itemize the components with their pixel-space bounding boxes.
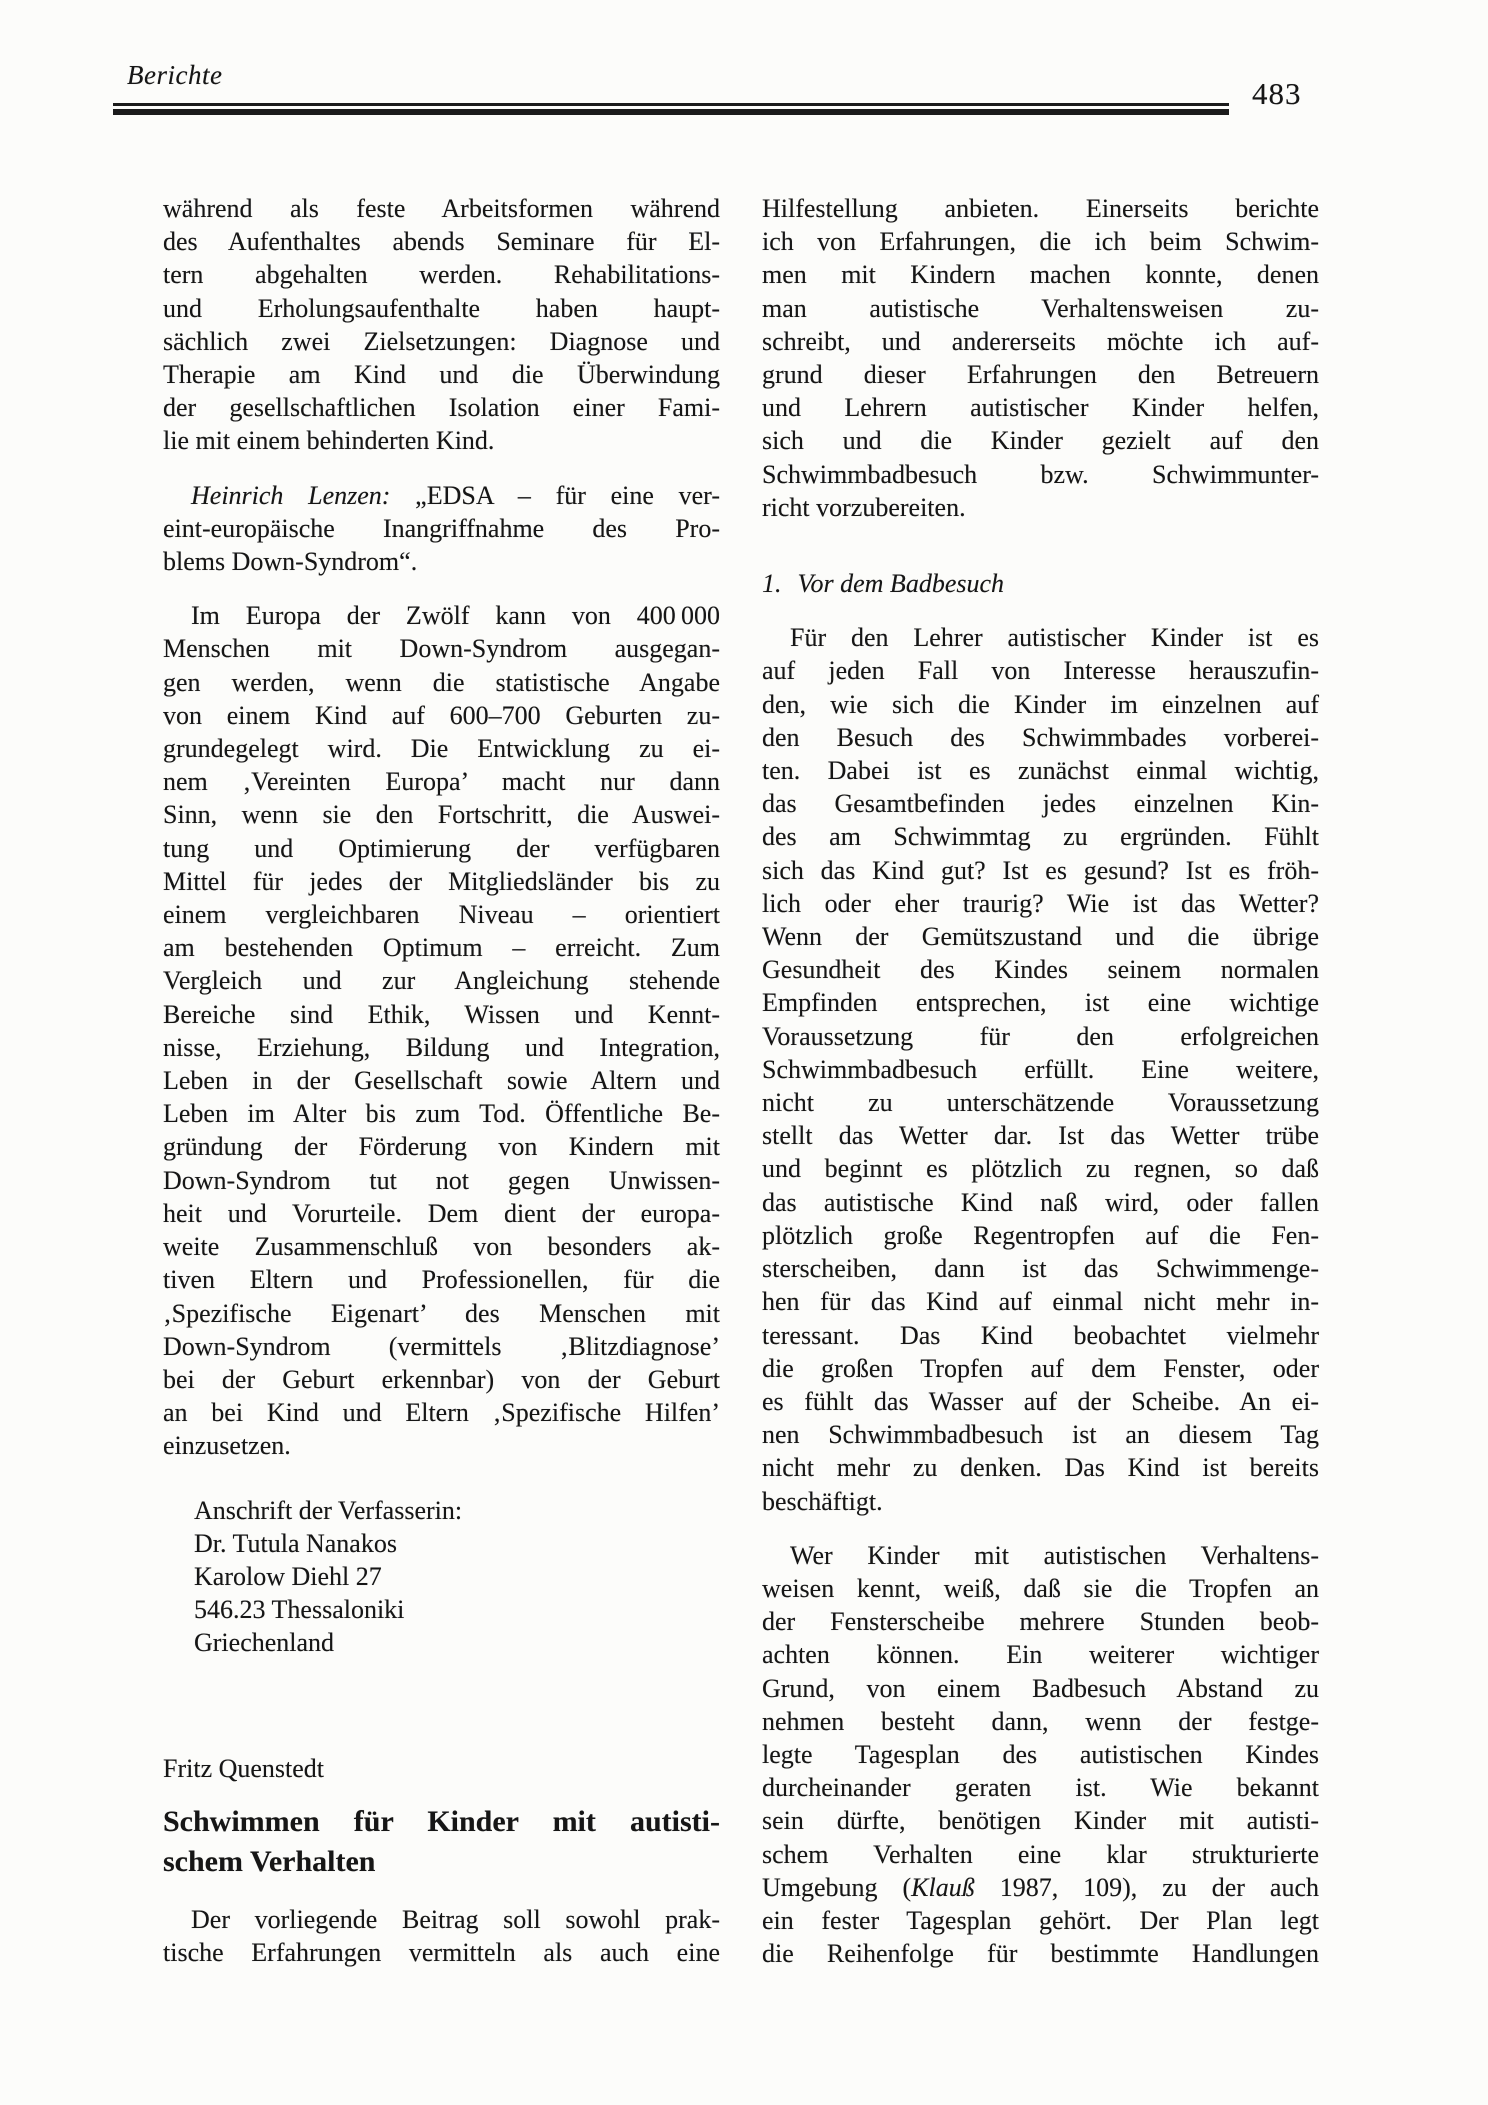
text-segment: tung und Optimierung der verfügbaren	[163, 834, 720, 863]
text-segment: der gesellschaftlichen Isolation einer F…	[163, 393, 720, 422]
text-line: nen Schwimmbadbesuch ist an diesem Tag	[762, 1418, 1319, 1451]
text-line: Leben im Alter bis zum Tod. Öffentliche …	[163, 1097, 720, 1130]
text-line: auf jeden Fall von Interesse herauszufin…	[762, 654, 1319, 687]
text-line: tische Erfahrungen vermitteln als auch e…	[163, 1936, 720, 1969]
text-line: und Lehrern autistischer Kinder helfen,	[762, 391, 1319, 424]
text-segment: Schwimmbadbesuch erfüllt. Eine weitere,	[762, 1055, 1319, 1084]
text-segment: sächlich zwei Zielsetzungen: Diagnose un…	[163, 327, 720, 356]
text-line: das autistische Kind naß wird, oder fall…	[762, 1186, 1319, 1219]
text-line: Gesundheit des Kindes seinem normalen	[762, 953, 1319, 986]
text-line: richt vorzubereiten.	[762, 491, 1319, 524]
text-line: stellt das Wetter dar. Ist das Wetter tr…	[762, 1119, 1319, 1152]
text-line: lie mit einem behinderten Kind.	[163, 424, 720, 457]
text-segment: Griechenland	[194, 1628, 334, 1657]
text-segment: grund dieser Erfahrungen den Betreuern	[762, 360, 1319, 389]
text-line: eint-europäische Inangriffnahme des Pro-	[163, 512, 720, 545]
text-line: Wer Kinder mit autistischen Verhaltens-	[762, 1539, 1319, 1572]
text-line: den Besuch des Schwimmbades vorberei-	[762, 721, 1319, 754]
text-segment: heit und Vorurteile. Dem dient der europ…	[163, 1199, 720, 1228]
text-segment: nem ‚Vereinten Europa’ macht nur dann	[163, 767, 720, 796]
text-segment: gründung der Förderung von Kindern mit	[163, 1132, 720, 1161]
text-segment: und beginnt es plötzlich zu regnen, so d…	[762, 1154, 1319, 1183]
text-segment: richt vorzubereiten.	[762, 493, 966, 522]
text-segment: das Gesamtbefinden jedes einzelnen Kin-	[762, 789, 1319, 818]
text-segment: Der vorliegende Beitrag soll sowohl prak…	[191, 1905, 720, 1934]
text-line: Schwimmbadbesuch bzw. Schwimmunter-	[762, 458, 1319, 491]
text-line: es fühlt das Wasser auf der Scheibe. An …	[762, 1385, 1319, 1418]
text-line: einem vergleichbaren Niveau – orientiert	[163, 898, 720, 931]
text-segment: lie mit einem behinderten Kind.	[163, 426, 494, 455]
text-segment: tiven Eltern und Professionellen, für di…	[163, 1265, 720, 1294]
text-segment: man autistische Verhaltensweisen zu-	[762, 294, 1319, 323]
text-segment: nisse, Erziehung, Bildung und Integratio…	[163, 1033, 720, 1062]
text-segment: Bereiche sind Ethik, Wissen und Kennt-	[163, 1000, 720, 1029]
text-segment: ich von Erfahrungen, die ich beim Schwim…	[762, 227, 1319, 256]
text-line: und beginnt es plötzlich zu regnen, so d…	[762, 1152, 1319, 1185]
text-line: die Reihenfolge für bestimmte Handlungen	[762, 1937, 1319, 1970]
text-segment: und Erholungsaufenthalte haben haupt-	[163, 294, 720, 323]
text-line: Mittel für jedes der Mitgliedsländer bis…	[163, 865, 720, 898]
text-segment: Down-Syndrom tut not gegen Unwissen-	[163, 1166, 720, 1195]
text-segment: eint-europäische Inangriffnahme des Pro-	[163, 514, 720, 543]
section-number: 1.	[762, 569, 782, 598]
text-segment: Gesundheit des Kindes seinem normalen	[762, 955, 1319, 984]
text-line: Down-Syndrom tut not gegen Unwissen-	[163, 1164, 720, 1197]
text-segment: tern abgehalten werden. Rehabilitations-	[163, 260, 720, 289]
author-address: Anschrift der Verfasserin:Dr. Tutula Nan…	[163, 1494, 720, 1660]
article-title: Schwimmen für Kinder mit autisti-schem V…	[163, 1802, 720, 1882]
text-line: legte Tagesplan des autistischen Kindes	[762, 1738, 1319, 1771]
text-line: gründung der Förderung von Kindern mit	[163, 1130, 720, 1163]
text-segment: gen werden, wenn die statistische Angabe	[163, 668, 720, 697]
text-segment: der Fensterscheibe mehrere Stunden beob-	[762, 1607, 1319, 1636]
text-segment: und Lehrern autistischer Kinder helfen,	[762, 393, 1319, 422]
text-segment: ‚Spezifische Eigenart’ des Menschen mit	[163, 1299, 720, 1328]
text-segment: Down-Syndrom (vermittels ‚Blitzdiagnose’	[163, 1332, 720, 1361]
text-segment: men mit Kindern machen konnte, denen	[762, 260, 1319, 289]
text-segment: des am Schwimmtag zu ergründen. Fühlt	[762, 822, 1319, 851]
text-segment: 1987, 109), zu der auch	[975, 1873, 1319, 1902]
text-line: Karolow Diehl 27	[194, 1560, 720, 1593]
text-segment: stellt das Wetter dar. Ist das Wetter tr…	[762, 1121, 1319, 1150]
text-line: ein fester Tagesplan gehört. Der Plan le…	[762, 1904, 1319, 1937]
text-line: nicht mehr zu denken. Das Kind ist berei…	[762, 1451, 1319, 1484]
text-line: sich und die Kinder gezielt auf den	[762, 424, 1319, 457]
running-head: Berichte	[127, 60, 222, 91]
text-segment: die großen Tropfen auf dem Fenster, oder	[762, 1354, 1319, 1383]
text-segment: Leben in der Gesellschaft sowie Altern u…	[163, 1066, 720, 1095]
text-line: teressant. Das Kind beobachtet vielmehr	[762, 1319, 1319, 1352]
text-segment: den Besuch des Schwimmbades vorberei-	[762, 723, 1319, 752]
text-segment: Leben im Alter bis zum Tod. Öffentliche …	[163, 1099, 720, 1128]
page-number: 483	[1252, 76, 1302, 112]
text-line: plötzlich große Regentropfen auf die Fen…	[762, 1219, 1319, 1252]
paragraph: Für den Lehrer autistischer Kinder ist e…	[762, 621, 1319, 1517]
text-segment: schreibt, und andererseits möchte ich au…	[762, 327, 1319, 356]
text-line: Für den Lehrer autistischer Kinder ist e…	[762, 621, 1319, 654]
text-line: Griechenland	[194, 1626, 720, 1659]
text-line: an bei Kind und Eltern ‚Spezifische Hilf…	[163, 1396, 720, 1429]
text-segment: am bestehenden Optimum – erreicht. Zum	[163, 933, 720, 962]
text-line: durcheinander geraten ist. Wie bekannt	[762, 1771, 1319, 1804]
text-line: den, wie sich die Kinder im einzelnen au…	[762, 688, 1319, 721]
text-line: tern abgehalten werden. Rehabilitations-	[163, 258, 720, 291]
text-line: weite Zusammenschluß von besonders ak-	[163, 1230, 720, 1263]
text-segment: Voraussetzung für den erfolgreichen	[762, 1022, 1319, 1051]
right-column: Hilfestellung anbieten. Einerseits beric…	[762, 192, 1319, 1970]
text-line: schreibt, und andererseits möchte ich au…	[762, 325, 1319, 358]
text-line: heit und Vorurteile. Dem dient der europ…	[163, 1197, 720, 1230]
text-line: Schwimmbadbesuch erfüllt. Eine weitere,	[762, 1053, 1319, 1086]
text-line: der gesellschaftlichen Isolation einer F…	[163, 391, 720, 424]
text-segment: plötzlich große Regentropfen auf die Fen…	[762, 1221, 1319, 1250]
paragraph: Hilfestellung anbieten. Einerseits beric…	[762, 192, 1319, 524]
text-segment: lich oder eher traurig? Wie ist das Wett…	[762, 889, 1319, 918]
text-segment: Umgebung (	[762, 1873, 911, 1902]
text-segment: Hilfestellung anbieten. Einerseits beric…	[762, 194, 1319, 223]
text-segment: Im Europa der Zwölf kann von 400 000	[191, 601, 720, 630]
text-segment: Wer Kinder mit autistischen Verhaltens-	[790, 1541, 1319, 1570]
text-line: gen werden, wenn die statistische Angabe	[163, 666, 720, 699]
text-segment: legte Tagesplan des autistischen Kindes	[762, 1740, 1319, 1769]
text-segment: Menschen mit Down-Syndrom ausgegan-	[163, 634, 720, 663]
text-line: Der vorliegende Beitrag soll sowohl prak…	[163, 1903, 720, 1936]
text-segment: sich und die Kinder gezielt auf den	[762, 426, 1319, 455]
text-line: nem ‚Vereinten Europa’ macht nur dann	[163, 765, 720, 798]
text-line: und Erholungsaufenthalte haben haupt-	[163, 292, 720, 325]
text-segment: das autistische Kind naß wird, oder fall…	[762, 1188, 1319, 1217]
text-segment: Für den Lehrer autistischer Kinder ist e…	[790, 623, 1319, 652]
text-line: Vergleich und zur Angleichung stehende	[163, 964, 720, 997]
scanned-journal-page: Berichte 483 während als feste Arbeitsfo…	[0, 0, 1488, 2105]
text-line: Sinn, wenn sie den Fortschritt, die Ausw…	[163, 798, 720, 831]
author-name: Fritz Quenstedt	[163, 1752, 720, 1785]
text-line: Bereiche sind Ethik, Wissen und Kennt-	[163, 998, 720, 1031]
text-segment: weite Zusammenschluß von besonders ak-	[163, 1232, 720, 1261]
text-segment: schem Verhalten	[163, 1845, 376, 1878]
text-segment: beschäftigt.	[762, 1487, 883, 1516]
text-segment: weisen kennt, weiß, daß sie die Tropfen …	[762, 1574, 1319, 1603]
text-line: Umgebung (Klauß 1987, 109), zu der auch	[762, 1871, 1319, 1904]
text-line: nehmen besteht dann, wenn der festge-	[762, 1705, 1319, 1738]
text-line: während als feste Arbeitsformen während	[163, 192, 720, 225]
text-segment: Mittel für jedes der Mitgliedsländer bis…	[163, 867, 720, 896]
text-segment: teressant. Das Kind beobachtet vielmehr	[762, 1321, 1319, 1350]
text-line: achten können. Ein weiterer wichtiger	[762, 1638, 1319, 1671]
text-segment: achten können. Ein weiterer wichtiger	[762, 1640, 1319, 1669]
header-rule	[113, 103, 1229, 115]
text-segment: Empfinden entsprechen, ist eine wichtige	[762, 988, 1319, 1017]
text-segment: schem Verhalten eine klar strukturierte	[762, 1840, 1319, 1869]
paragraph: Im Europa der Zwölf kann von 400 000Mens…	[163, 599, 720, 1462]
text-line: nicht zu unterschätzende Voraussetzung	[762, 1086, 1319, 1119]
text-line: Hilfestellung anbieten. Einerseits beric…	[762, 192, 1319, 225]
text-line: grundegelegt wird. Die Entwicklung zu ei…	[163, 732, 720, 765]
text-segment: von einem Kind auf 600–700 Geburten zu-	[163, 701, 720, 730]
text-line: sein dürfte, benötigen Kinder mit autist…	[762, 1804, 1319, 1837]
text-line: das Gesamtbefinden jedes einzelnen Kin-	[762, 787, 1319, 820]
text-line: sächlich zwei Zielsetzungen: Diagnose un…	[163, 325, 720, 358]
text-line: 546.23 Thessaloniki	[194, 1593, 720, 1626]
text-line: sich das Kind gut? Ist es gesund? Ist es…	[762, 854, 1319, 887]
text-segment: sterscheiben, dann ist das Schwimmenge-	[762, 1254, 1319, 1283]
text-line: tiven Eltern und Professionellen, für di…	[163, 1263, 720, 1296]
text-line: der Fensterscheibe mehrere Stunden beob-	[762, 1605, 1319, 1638]
text-line: Leben in der Gesellschaft sowie Altern u…	[163, 1064, 720, 1097]
text-segment: Schwimmen für Kinder mit autisti-	[163, 1805, 720, 1838]
text-segment: Therapie am Kind und die Überwindung	[163, 360, 720, 389]
text-line: sterscheiben, dann ist das Schwimmenge-	[762, 1252, 1319, 1285]
paragraph: Wer Kinder mit autistischen Verhaltens-w…	[762, 1539, 1319, 1971]
text-line: des am Schwimmtag zu ergründen. Fühlt	[762, 820, 1319, 853]
text-line: ‚Spezifische Eigenart’ des Menschen mit	[163, 1297, 720, 1330]
text-segment: während als feste Arbeitsformen während	[163, 194, 720, 223]
paragraph: Der vorliegende Beitrag soll sowohl prak…	[163, 1903, 720, 1969]
section-heading: 1.Vor dem Badbesuch	[762, 567, 1319, 600]
text-line: weisen kennt, weiß, daß sie die Tropfen …	[762, 1572, 1319, 1605]
text-segment: einem vergleichbaren Niveau – orientiert	[163, 900, 720, 929]
text-line: Heinrich Lenzen: „EDSA – für eine ver-	[163, 479, 720, 512]
paragraph: Heinrich Lenzen: „EDSA – für eine ver-ei…	[163, 479, 720, 579]
text-segment: die Reihenfolge für bestimmte Handlungen	[762, 1939, 1319, 1968]
text-segment: sich das Kind gut? Ist es gesund? Ist es…	[762, 856, 1319, 885]
text-line: Anschrift der Verfasserin:	[194, 1494, 720, 1527]
text-segment: Vergleich und zur Angleichung stehende	[163, 966, 720, 995]
text-line: men mit Kindern machen konnte, denen	[762, 258, 1319, 291]
text-segment: Anschrift der Verfasserin:	[194, 1496, 462, 1525]
text-line: blems Down-Syndrom“.	[163, 545, 720, 578]
text-line: Voraussetzung für den erfolgreichen	[762, 1020, 1319, 1053]
text-segment: „EDSA – für eine ver-	[390, 481, 720, 510]
left-column: während als feste Arbeitsformen währendd…	[163, 192, 720, 1969]
text-segment: nen Schwimmbadbesuch ist an diesem Tag	[762, 1420, 1319, 1449]
text-line: schem Verhalten	[163, 1842, 720, 1882]
text-line: Therapie am Kind und die Überwindung	[163, 358, 720, 391]
text-segment: ein fester Tagesplan gehört. Der Plan le…	[762, 1906, 1319, 1935]
text-segment: grundegelegt wird. Die Entwicklung zu ei…	[163, 734, 720, 763]
paragraph: während als feste Arbeitsformen währendd…	[163, 192, 720, 458]
text-segment: Schwimmbadbesuch bzw. Schwimmunter-	[762, 460, 1319, 489]
text-segment: Dr. Tutula Nanakos	[194, 1529, 397, 1558]
text-segment: Karolow Diehl 27	[194, 1562, 382, 1591]
text-segment: an bei Kind und Eltern ‚Spezifische Hilf…	[163, 1398, 720, 1427]
text-line: ich von Erfahrungen, die ich beim Schwim…	[762, 225, 1319, 258]
text-line: schem Verhalten eine klar strukturierte	[762, 1838, 1319, 1871]
text-line: Down-Syndrom (vermittels ‚Blitzdiagnose’	[163, 1330, 720, 1363]
text-segment: es fühlt das Wasser auf der Scheibe. An …	[762, 1387, 1319, 1416]
text-segment: nicht mehr zu denken. Das Kind ist berei…	[762, 1453, 1319, 1482]
text-segment: einzusetzen.	[163, 1431, 291, 1460]
text-line: einzusetzen.	[163, 1429, 720, 1462]
text-segment: den, wie sich die Kinder im einzelnen au…	[762, 690, 1319, 719]
text-line: die großen Tropfen auf dem Fenster, oder	[762, 1352, 1319, 1385]
text-line: beschäftigt.	[762, 1485, 1319, 1518]
text-segment: sein dürfte, benötigen Kinder mit autist…	[762, 1806, 1319, 1835]
section-title: Vor dem Badbesuch	[798, 569, 1005, 598]
text-line: Empfinden entsprechen, ist eine wichtige	[762, 986, 1319, 1019]
text-line: ten. Dabei ist es zunächst einmal wichti…	[762, 754, 1319, 787]
italic-text-segment: Heinrich Lenzen:	[191, 481, 390, 510]
italic-text-segment: Klauß	[911, 1873, 975, 1902]
text-line: des Aufenthaltes abends Seminare für El-	[163, 225, 720, 258]
text-line: tung und Optimierung der verfügbaren	[163, 832, 720, 865]
text-segment: Grund, von einem Badbesuch Abstand zu	[762, 1674, 1319, 1703]
text-segment: Wenn der Gemütszustand und die übrige	[762, 922, 1319, 951]
text-segment: durcheinander geraten ist. Wie bekannt	[762, 1773, 1319, 1802]
text-segment: ten. Dabei ist es zunächst einmal wichti…	[762, 756, 1319, 785]
text-segment: hen für das Kind auf einmal nicht mehr i…	[762, 1287, 1319, 1316]
text-line: lich oder eher traurig? Wie ist das Wett…	[762, 887, 1319, 920]
text-segment: bei der Geburt erkennbar) von der Geburt	[163, 1365, 720, 1394]
text-line: Im Europa der Zwölf kann von 400 000	[163, 599, 720, 632]
text-line: man autistische Verhaltensweisen zu-	[762, 292, 1319, 325]
text-segment: auf jeden Fall von Interesse herauszufin…	[762, 656, 1319, 685]
text-line: am bestehenden Optimum – erreicht. Zum	[163, 931, 720, 964]
text-segment: 546.23 Thessaloniki	[194, 1595, 404, 1624]
text-segment: tische Erfahrungen vermitteln als auch e…	[163, 1938, 720, 1967]
text-line: hen für das Kind auf einmal nicht mehr i…	[762, 1285, 1319, 1318]
text-line: Dr. Tutula Nanakos	[194, 1527, 720, 1560]
text-segment: blems Down-Syndrom“.	[163, 547, 417, 576]
text-line: Schwimmen für Kinder mit autisti-	[163, 1802, 720, 1842]
text-line: von einem Kind auf 600–700 Geburten zu-	[163, 699, 720, 732]
text-segment: nicht zu unterschätzende Voraussetzung	[762, 1088, 1319, 1117]
text-line: Grund, von einem Badbesuch Abstand zu	[762, 1672, 1319, 1705]
text-segment: des Aufenthaltes abends Seminare für El-	[163, 227, 720, 256]
text-segment: Sinn, wenn sie den Fortschritt, die Ausw…	[163, 800, 720, 829]
text-line: Menschen mit Down-Syndrom ausgegan-	[163, 632, 720, 665]
text-line: grund dieser Erfahrungen den Betreuern	[762, 358, 1319, 391]
text-line: nisse, Erziehung, Bildung und Integratio…	[163, 1031, 720, 1064]
text-segment: nehmen besteht dann, wenn der festge-	[762, 1707, 1319, 1736]
text-line: Wenn der Gemütszustand und die übrige	[762, 920, 1319, 953]
text-line: bei der Geburt erkennbar) von der Geburt	[163, 1363, 720, 1396]
